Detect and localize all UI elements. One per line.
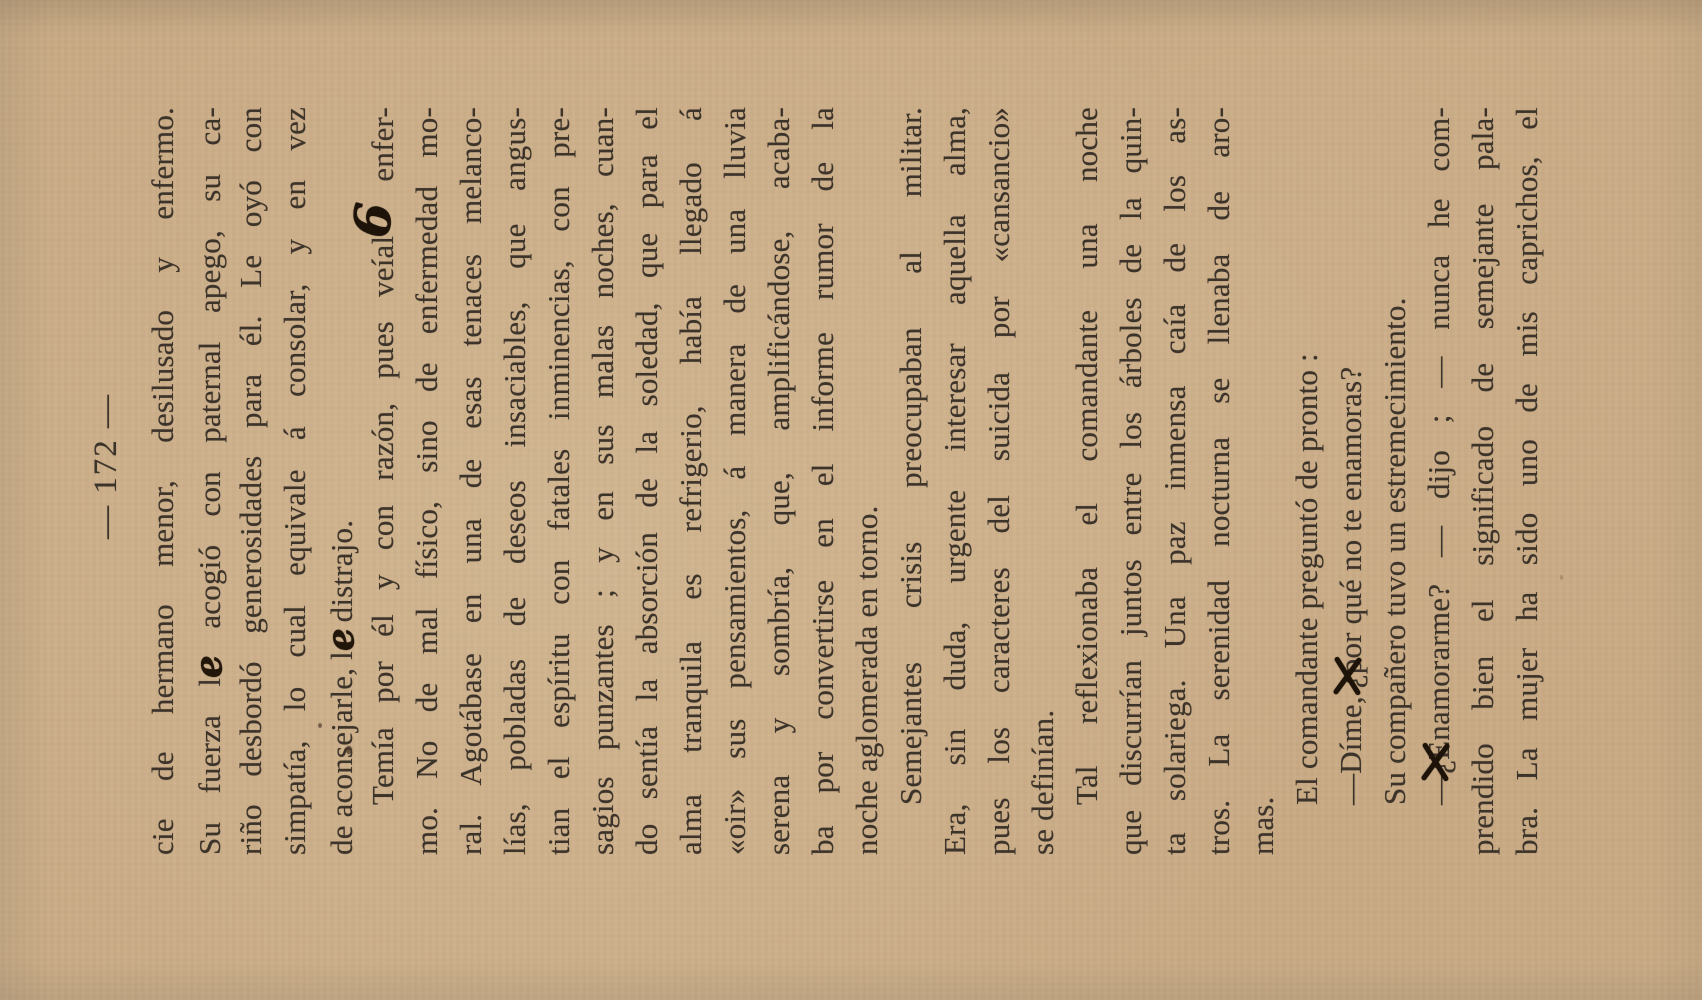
printed-text: cie de hermano menor, desilusado y enfer… [145, 107, 180, 855]
printed-text: alma tranquila es refrigerio, había lleg… [673, 107, 708, 855]
text-block: cie de hermano menor, desilusado y enfer… [141, 107, 1549, 855]
printed-text: ta solariega. Una paz inmensa caía de lo… [1157, 107, 1192, 855]
printed-text: Tal reflexionaba el comandante una noche [1069, 107, 1104, 805]
printed-text: —Díme, [1333, 688, 1368, 805]
printed-text: de aconsejarle, l [324, 651, 359, 855]
text-line: bra. La mujer ha sido uno de mis caprich… [1505, 107, 1549, 855]
text-line: alma tranquila es refrigerio, había lleg… [669, 107, 713, 855]
printed-text: Era, sin duda, urgente interesar aquella… [937, 107, 972, 855]
printed-inverted-question-mark: ¿ [1421, 760, 1456, 774]
printed-text: Su fuerza l [192, 678, 227, 855]
handwritten-correction-mark: 6 [371, 203, 374, 238]
printed-text: mas. [1245, 797, 1280, 856]
printed-text: serena y sombría, que, amplificándose, a… [761, 107, 796, 855]
text-line: tian el espíritu con fatales inminencias… [537, 107, 581, 855]
printed-text: se definían. [1025, 710, 1060, 855]
text-line: El comandante preguntó de pronto : [1285, 107, 1329, 855]
printed-text: riño desbordó generosidades para él. Le … [233, 107, 268, 855]
printed-text: distrajo. [324, 520, 359, 631]
text-line: Su compañero tuvo un estremecimiento. [1373, 107, 1417, 855]
scanned-book-page-photo: — 172 — cie de hermano menor, desilusado… [0, 0, 1702, 1000]
text-line: —¿Enamorarme? — dijo ; — nunca he com- [1417, 107, 1461, 855]
printed-text: tian el espíritu con fatales inminencias… [541, 107, 576, 855]
printed-text: bra. La mujer ha sido uno de mis caprich… [1509, 107, 1544, 855]
text-line: riño desbordó generosidades para él. Le … [229, 107, 273, 855]
printed-text: «oir» sus pensamientos, á manera de una … [717, 107, 752, 855]
book-page: — 172 — cie de hermano menor, desilusado… [0, 0, 1702, 1000]
text-line: ta solariega. Una paz inmensa caía de lo… [1153, 107, 1197, 855]
printed-text: simpatía, lo cual equivale á consolar, y… [277, 107, 312, 855]
text-line: cie de hermano menor, desilusado y enfer… [141, 107, 185, 855]
ink-speck [1560, 575, 1563, 580]
printed-text: lías, pobladas de deseos insaciables, qu… [497, 107, 532, 855]
printed-text: pues los caracteres del suicida por «can… [981, 107, 1016, 855]
text-line: noche aglomerada en torno. [845, 107, 889, 855]
text-line: Tal reflexionaba el comandante una noche [1065, 107, 1109, 855]
text-line: lías, pobladas de deseos insaciables, qu… [493, 107, 537, 855]
text-line: prendido bien el significado de semejant… [1461, 107, 1505, 855]
text-line: se definían. [1021, 107, 1065, 855]
text-line: Era, sin duda, urgente interesar aquella… [933, 107, 977, 855]
text-line: ral. Agotábase en una de esas tenaces me… [449, 107, 493, 855]
printed-text: acogió con paternal apego, su ca- [192, 107, 227, 657]
handwritten-correction-mark: e [185, 652, 232, 681]
text-line: Su fuerza le acogió con paternal apego, … [185, 107, 229, 855]
printed-text: ba por convertirse en el informe rumor d… [805, 107, 840, 855]
printed-text: do sentía la absorción de la soledad, qu… [629, 107, 664, 855]
printed-text: Semejantes crisis preocupaban al militar… [893, 107, 928, 805]
printed-text: sagios punzantes ; y en sus malas noches… [585, 107, 620, 855]
crossed-out-question-mark: ¿ [1329, 674, 1373, 688]
printed-text: tros. La serenidad nocturna se llenaba d… [1201, 107, 1236, 855]
text-line: tros. La serenidad nocturna se llenaba d… [1197, 107, 1241, 855]
text-line: sagios punzantes ; y en sus malas noches… [581, 107, 625, 855]
text-line: mas. [1241, 107, 1285, 855]
text-line: do sentía la absorción de la soledad, qu… [625, 107, 669, 855]
printed-text: mo. No de mal físico, sino de enfermedad… [409, 107, 444, 855]
printed-text: enfer- [365, 107, 400, 206]
printed-text: — [1421, 774, 1456, 805]
text-line: que discurrían juntos entre los árboles … [1109, 107, 1153, 855]
page-number: — 172 — [86, 107, 126, 855]
text-line: «oir» sus pensamientos, á manera de una … [713, 107, 757, 855]
printed-text: que discurrían juntos entre los árboles … [1113, 107, 1148, 855]
text-line: pues los caracteres del suicida por «can… [977, 107, 1021, 855]
printed-text: noche aglomerada en torno. [849, 506, 884, 856]
printed-text: Enamorarme? — dijo ; — nunca he com- [1421, 107, 1456, 760]
printed-inverted-question-mark: ¿ [1333, 674, 1368, 688]
text-line: —Díme, ¿por qué no te enamoras? [1329, 107, 1373, 855]
text-line: simpatía, lo cual equivale á consolar, y… [273, 107, 317, 855]
text-line: mo. No de mal físico, sino de enfermedad… [405, 107, 449, 855]
printed-text: Su compañero tuvo un estremecimiento. [1377, 297, 1412, 805]
printed-text: ral. Agotábase en una de esas tenaces me… [453, 107, 488, 855]
text-line: Temía por él y con razón, pues veíal6 en… [361, 107, 405, 855]
printed-text: prendido bien el significado de semejant… [1465, 107, 1500, 855]
crossed-out-question-mark: ¿ [1417, 760, 1461, 774]
text-line: Semejantes crisis preocupaban al militar… [889, 107, 933, 855]
printed-text: Temía por él y con razón, pues veíal [365, 236, 400, 805]
text-line: ba por convertirse en el informe rumor d… [801, 107, 845, 855]
text-line: serena y sombría, que, amplificándose, a… [757, 107, 801, 855]
printed-text: El comandante preguntó de pronto : [1289, 353, 1324, 805]
printed-text: por qué no te enamoras? [1333, 367, 1368, 675]
